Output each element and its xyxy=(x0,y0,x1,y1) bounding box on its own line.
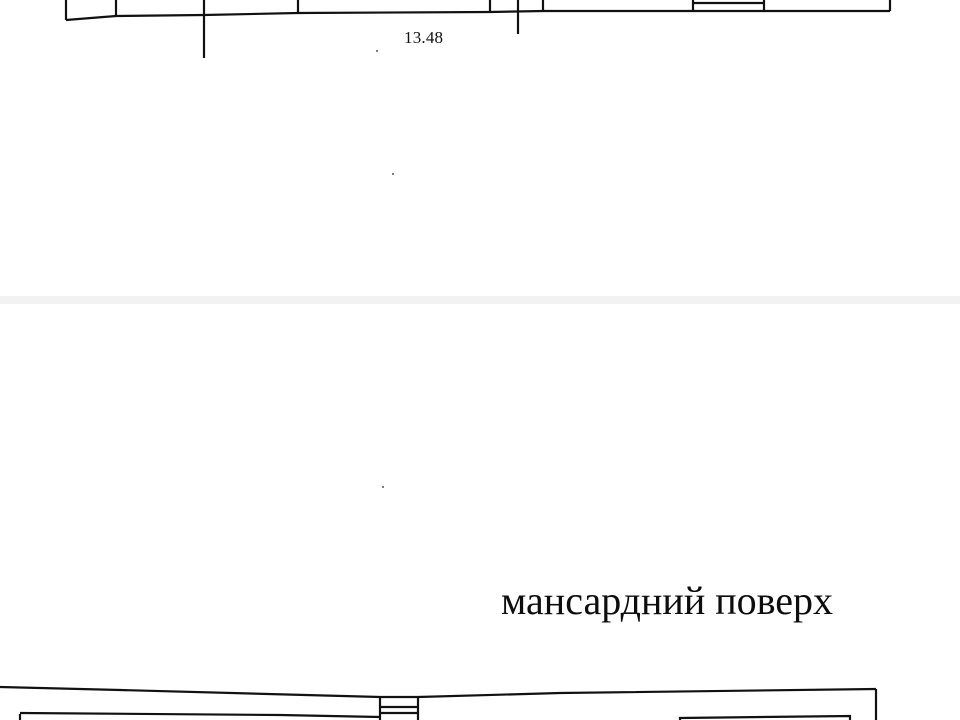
floor-plan-upper-drawing xyxy=(0,0,960,296)
dimension-label: 13.48 xyxy=(404,28,443,48)
document-page-lower: мансардний поверх xyxy=(0,304,960,720)
scan-speck xyxy=(376,50,378,52)
document-page-upper: 13.48 xyxy=(0,0,960,296)
floor-plan-attic-drawing xyxy=(0,304,960,720)
page-separator xyxy=(0,296,960,304)
scan-speck xyxy=(392,173,394,175)
